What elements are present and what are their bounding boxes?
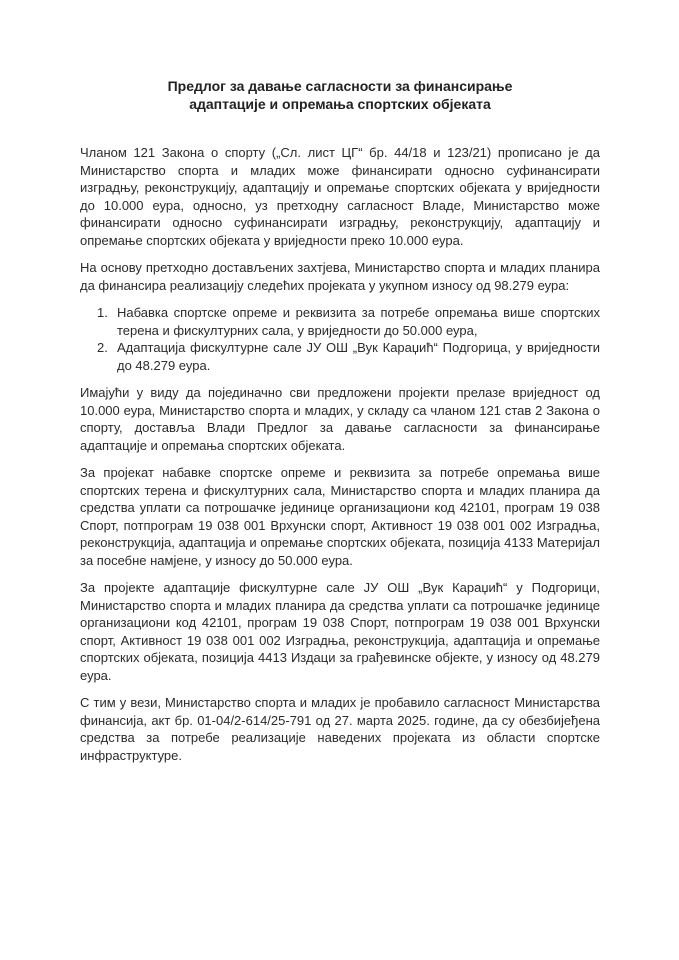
list-item-number: 2. (97, 339, 117, 357)
document-title-line-2: адаптације и опремања спортских објеката (80, 95, 600, 113)
paragraph-project1-funding: За пројекат набавке спортске опреме и ре… (80, 464, 600, 569)
project-list: 1. Набавка спортске опреме и реквизита з… (97, 304, 600, 374)
document-body: Чланом 121 Закона о спорту („Сл. лист ЦГ… (80, 144, 600, 764)
list-item-number: 1. (97, 304, 117, 322)
list-item-text: Адаптација фискултурне сале ЈУ ОШ „Вук К… (117, 339, 600, 374)
document-page: Предлог за давање сагласности за финанси… (0, 0, 679, 960)
paragraph-project2-funding: За пројекте адаптације фискултурне сале … (80, 579, 600, 684)
document-title: Предлог за давање сагласности за финанси… (80, 77, 600, 113)
paragraph-finance-consent: С тим у вези, Министарство спорта и млад… (80, 694, 600, 764)
project-list-item-2: 2. Адаптација фискултурне сале ЈУ ОШ „Ву… (97, 339, 600, 374)
document-title-line-1: Предлог за давање сагласности за финанси… (80, 77, 600, 95)
paragraph-legal-basis: Чланом 121 Закона о спорту („Сл. лист ЦГ… (80, 144, 600, 249)
list-item-text: Набавка спортске опреме и реквизита за п… (117, 304, 600, 339)
project-list-item-1: 1. Набавка спортске опреме и реквизита з… (97, 304, 600, 339)
paragraph-threshold: Имајући у виду да појединачно сви предло… (80, 384, 600, 454)
paragraph-projects-intro: На основу претходно достављених захтјева… (80, 259, 600, 294)
